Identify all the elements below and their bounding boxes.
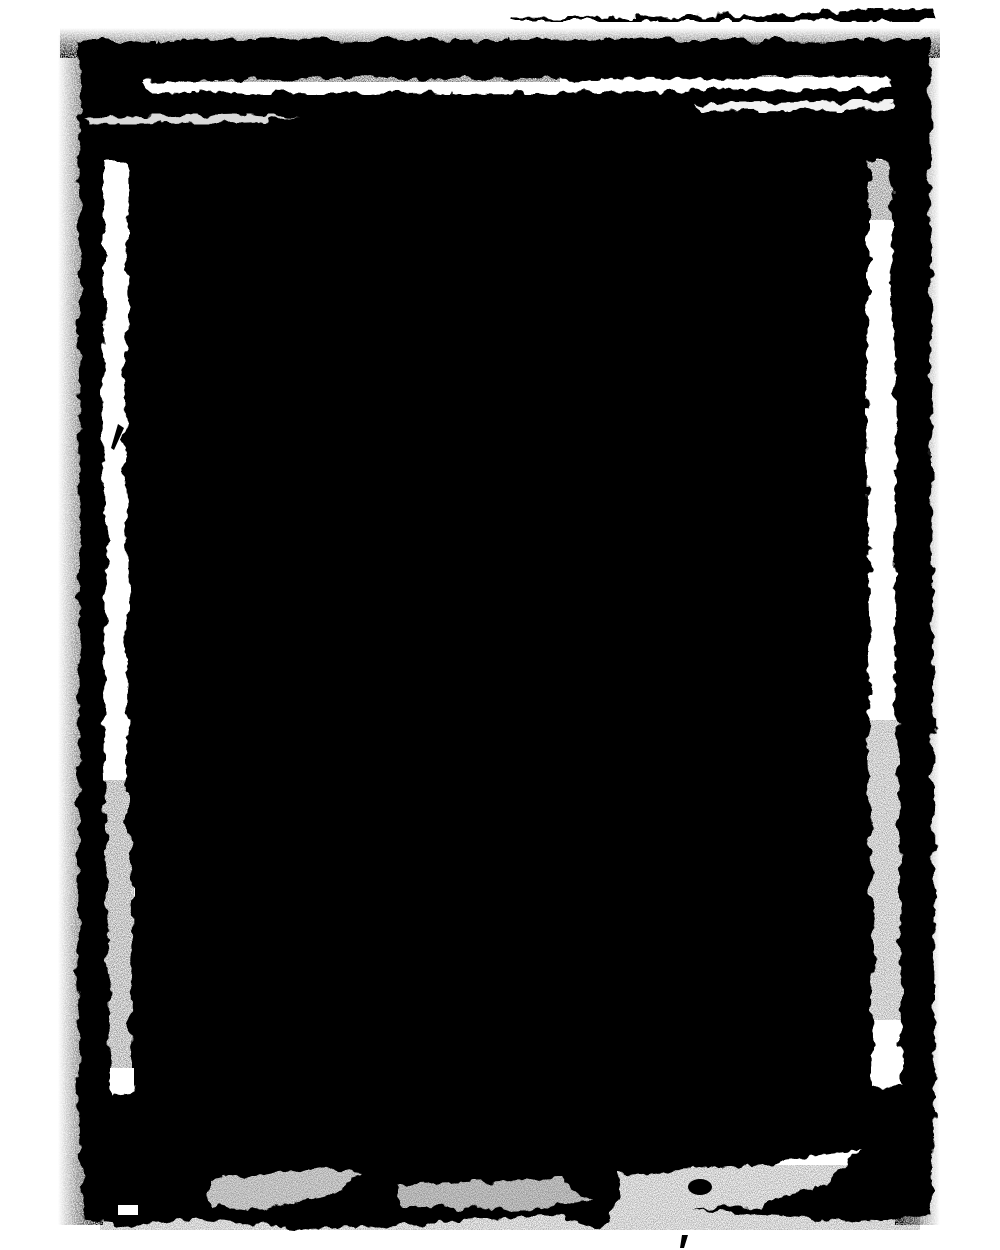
center-panel	[135, 135, 865, 1070]
grunge-frame	[0, 0, 1000, 1250]
